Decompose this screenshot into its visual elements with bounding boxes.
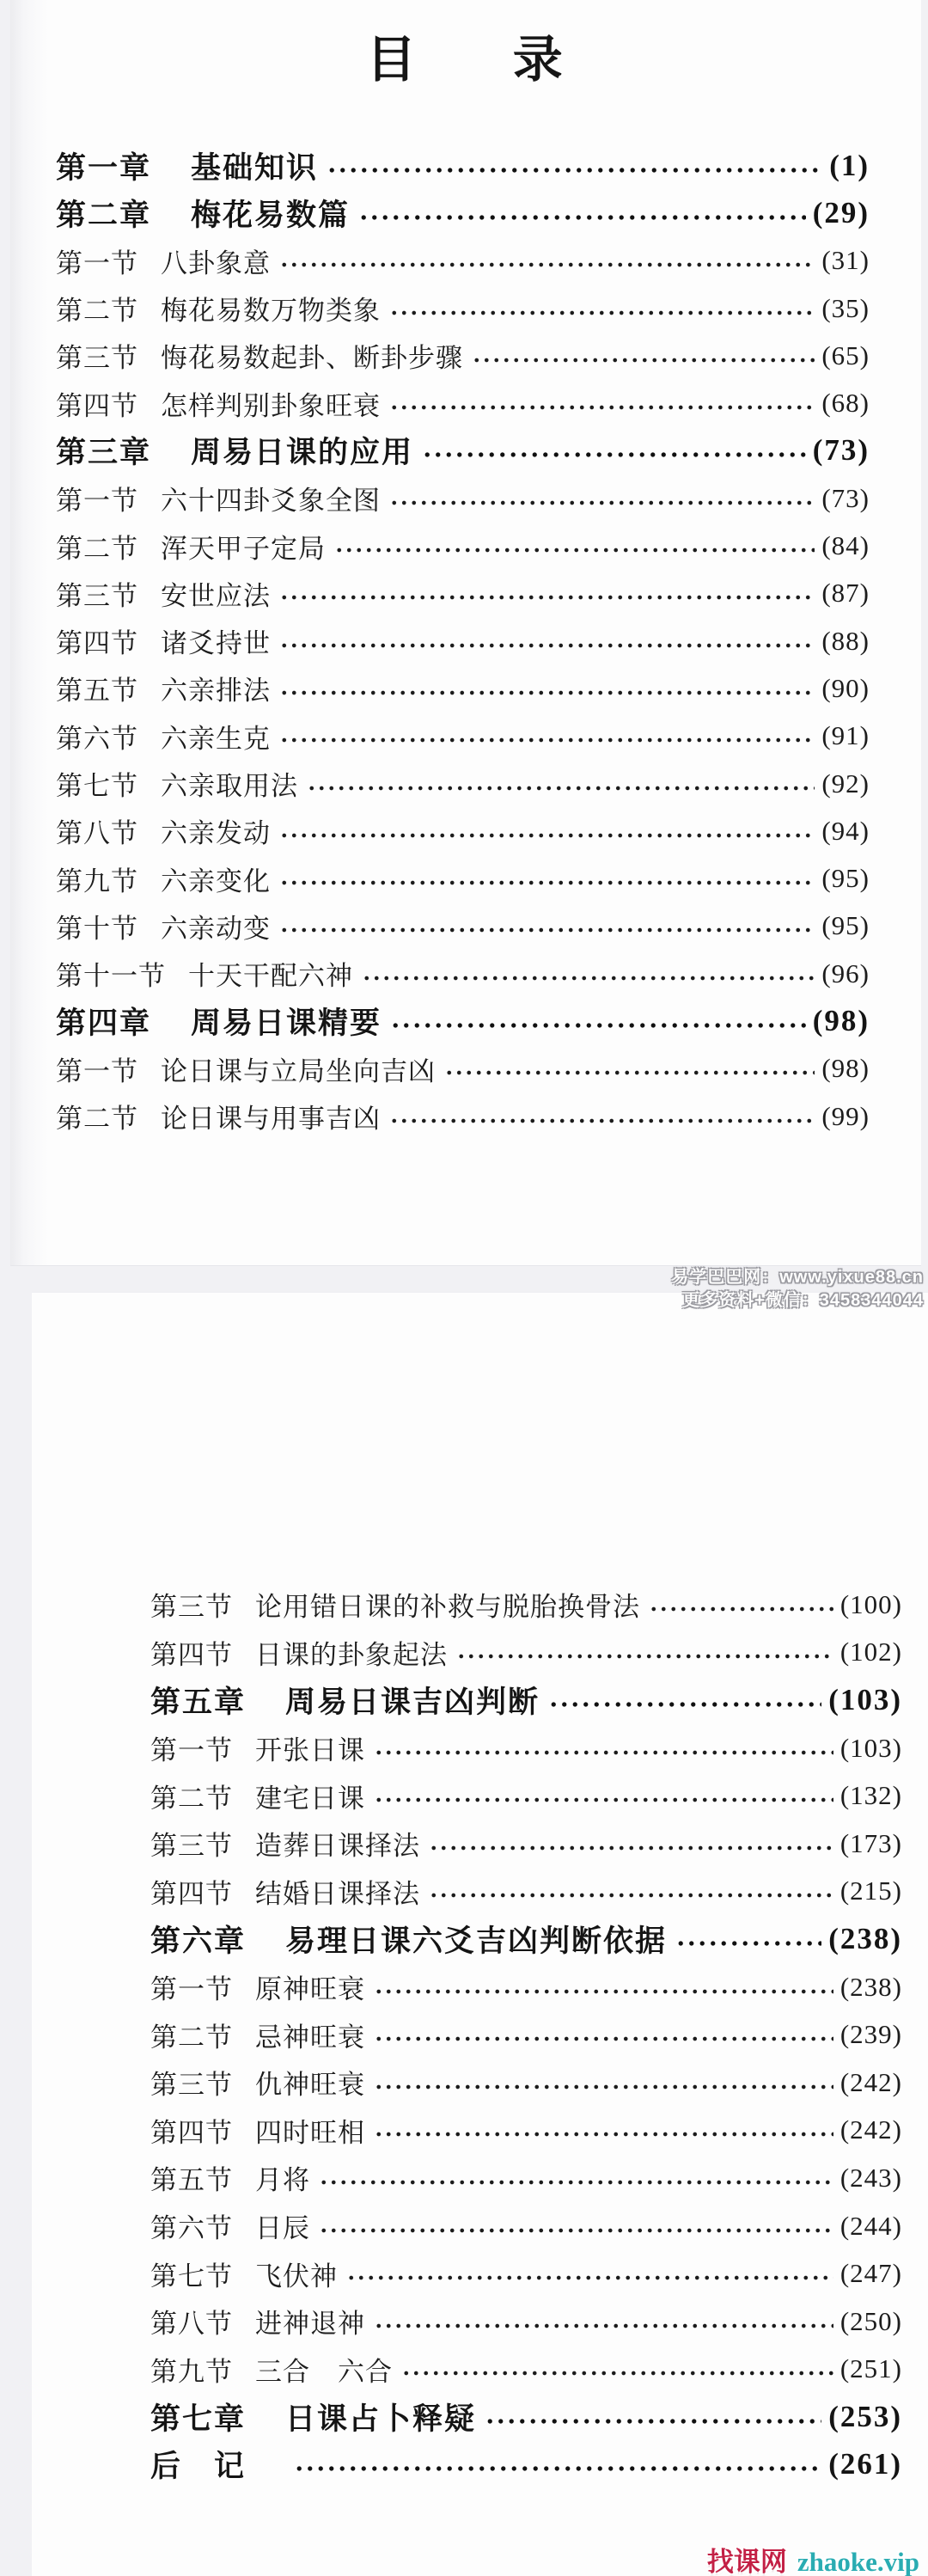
- toc-entry-page: (65): [821, 340, 870, 371]
- dot-leader: [279, 737, 815, 743]
- toc-entry-label: 第三节: [56, 574, 138, 613]
- scan-page-1: 目 录 第一章 基础知识 (1) 第二章 梅花易数篇 (29) 第一节 八卦象意…: [10, 0, 921, 1266]
- toc-entry-page: (102): [840, 1637, 902, 1667]
- toc-entry-label: 第六节: [56, 717, 138, 756]
- toc-entry-page: (215): [840, 1875, 902, 1906]
- toc-entry-label: 第三章: [56, 429, 151, 472]
- toc-entry: 第二节 建宅日课 (132): [150, 1771, 902, 1820]
- toc-entry-page: (103): [840, 1733, 902, 1764]
- dot-leader: [389, 1117, 815, 1124]
- dot-leader: [279, 261, 815, 268]
- dot-leader: [279, 594, 815, 601]
- toc-entry-page: (251): [840, 2353, 902, 2384]
- toc-entry: 第四节 日课的卦象起法 (102): [150, 1629, 902, 1677]
- toc-entry-label: 第五节: [56, 669, 138, 707]
- toc-entry-page: (98): [821, 1053, 870, 1084]
- toc-entry: 第六章 易理日课六爻吉凶判断依据 (238): [150, 1915, 902, 1963]
- toc-entry-page: (68): [821, 388, 870, 419]
- toc-entry-title: 周易日课吉凶判断: [285, 1679, 540, 1722]
- toc-entry-title: 怎样判别卦象旺衰: [161, 384, 381, 423]
- toc-entry: 第二节 梅花易数万物类象 (35): [56, 285, 870, 332]
- toc-entry-page: (103): [828, 1683, 902, 1717]
- toc-entry-label: 第一节: [150, 1967, 233, 2006]
- toc-entry-title: 六亲发动: [161, 811, 271, 850]
- toc-entry: 第三节 仇神旺衰 (242): [150, 2059, 902, 2107]
- toc-entry-title: 开张日课: [255, 1729, 365, 1767]
- toc-entry-title: 月将: [255, 2158, 310, 2197]
- dot-leader: [444, 1069, 815, 1076]
- dot-leader: [374, 2035, 833, 2042]
- toc-entry-title: 浑天甲子定局: [161, 527, 326, 566]
- watermark-zhaoke-url: zhaoke.vip: [797, 2547, 919, 2576]
- toc-entry-title: 论日课与立局坐向吉凶: [161, 1049, 436, 1088]
- toc-entry-label: 第三节: [150, 2063, 233, 2102]
- toc-entry-label: 第三节: [56, 336, 138, 375]
- toc-entry: 第九节 三合 六合 (251): [150, 2346, 902, 2394]
- dot-leader: [548, 1701, 821, 1708]
- dot-leader: [649, 1606, 833, 1612]
- dot-leader: [389, 404, 815, 411]
- toc-entry-page: (91): [821, 720, 870, 751]
- dot-leader: [374, 1988, 833, 1995]
- toc-list-page-2: 第三节 论用错日课的补救与脱胎换骨法 (100) 第四节 日课的卦象起法 (10…: [150, 1581, 902, 2488]
- toc-entry-label: 第三节: [150, 1585, 233, 1624]
- toc-entry-page: (98): [813, 1004, 870, 1038]
- toc-entry: 第三章 周易日课的应用 (73): [56, 427, 870, 474]
- toc-entry-label: 第五节: [150, 2158, 233, 2197]
- toc-entry-label: 第二章: [56, 192, 151, 235]
- toc-entry-label: 第四章: [56, 1000, 151, 1043]
- toc-entry-title: 易理日课六爻吉凶判断依据: [285, 1918, 667, 1961]
- toc-entry-page: (253): [828, 2400, 902, 2434]
- scanned-toc-document: 目 录 第一章 基础知识 (1) 第二章 梅花易数篇 (29) 第一节 八卦象意…: [0, 0, 928, 2576]
- toc-entry-page: (73): [813, 433, 870, 468]
- toc-entry-page: (96): [821, 958, 870, 989]
- toc-entry-title: 六亲动变: [161, 907, 271, 945]
- toc-entry: 第四节 四时旺相 (242): [150, 2107, 902, 2155]
- toc-entry-page: (261): [828, 2447, 902, 2481]
- toc-entry-label: 第一节: [56, 242, 138, 280]
- toc-entry: 第十节 六亲动变 (95): [56, 903, 870, 950]
- toc-entry: 第一节 论日课与立局坐向吉凶 (98): [56, 1045, 870, 1092]
- toc-entry-title: 结婚日课择法: [255, 1872, 420, 1911]
- toc-entry-page: (88): [821, 626, 870, 657]
- toc-entry-title: 六亲取用法: [161, 764, 298, 803]
- dot-leader: [675, 1940, 821, 1947]
- toc-entry: 第四章 周易日课精要 (98): [56, 997, 870, 1044]
- dot-leader: [374, 1796, 833, 1803]
- toc-entry-label: 第四节: [56, 621, 138, 660]
- toc-entry-title: 八卦象意: [161, 242, 271, 280]
- toc-entry: 第二节 浑天甲子定局 (84): [56, 522, 870, 569]
- toc-entry-label: 第十一节: [56, 954, 166, 993]
- dot-leader: [346, 2274, 833, 2281]
- toc-entry-page: (95): [821, 910, 870, 941]
- watermark-zhaoke-badge: 找课网: [707, 2540, 787, 2576]
- toc-entry-page: (242): [840, 2067, 902, 2098]
- toc-entry-title: 飞伏神: [255, 2255, 338, 2293]
- toc-entry-label: 第一节: [56, 1049, 138, 1088]
- toc-entry-title: 日辰: [255, 2206, 310, 2245]
- toc-entry-label: 第四节: [56, 384, 138, 423]
- dot-leader: [294, 2465, 821, 2472]
- toc-entry-title: 日课的卦象起法: [255, 1633, 448, 1672]
- toc-list-page-1: 第一章 基础知识 (1) 第二章 梅花易数篇 (29) 第一节 八卦象意 (31…: [56, 142, 870, 1140]
- toc-entry-title: 建宅日课: [255, 1777, 365, 1815]
- toc-entry: 第十一节 十天干配六神 (96): [56, 950, 870, 997]
- toc-entry-page: (173): [840, 1828, 902, 1859]
- dot-leader: [472, 357, 815, 364]
- toc-entry-label: 第四节: [150, 1872, 233, 1911]
- toc-entry: 后 记 (261): [150, 2441, 902, 2489]
- toc-entry-title: 基础知识: [191, 144, 318, 187]
- toc-entry: 第一节 六十四卦爻象全图 (73): [56, 474, 870, 522]
- toc-entry-title: 梅花易数篇: [191, 192, 350, 235]
- dot-leader: [358, 214, 806, 221]
- dot-leader: [334, 547, 815, 554]
- toc-entry-page: (92): [821, 768, 870, 799]
- toc-entry-page: (244): [840, 2211, 902, 2242]
- toc-entry: 第七节 六亲取用法 (92): [56, 760, 870, 807]
- dot-leader: [456, 1653, 833, 1660]
- toc-entry-title: 六亲排法: [161, 669, 271, 707]
- toc-entry: 第四节 怎样判别卦象旺衰 (68): [56, 379, 870, 426]
- toc-entry: 第四节 诸爻持世 (88): [56, 617, 870, 664]
- watermark-wechat-line: 更多资料+微信：3458344044: [682, 1286, 924, 1311]
- dot-leader: [429, 1845, 833, 1851]
- toc-entry-label: 第一节: [150, 1729, 233, 1767]
- toc-entry-title: 进神退神: [255, 2302, 365, 2340]
- toc-entry: 第二节 忌神旺衰 (239): [150, 2010, 902, 2059]
- toc-entry-page: (99): [821, 1101, 870, 1132]
- toc-entry: 第一章 基础知识 (1): [56, 142, 870, 189]
- toc-entry: 第六节 六亲生克 (91): [56, 713, 870, 760]
- dot-leader: [374, 2083, 833, 2090]
- toc-entry-title: 安世应法: [161, 574, 271, 613]
- toc-entry-title: 论用错日课的补救与脱胎换骨法: [255, 1585, 640, 1624]
- toc-entry-label: 第六节: [150, 2206, 233, 2245]
- dot-leader: [422, 451, 806, 458]
- toc-entry-page: (95): [821, 863, 870, 894]
- toc-entry-page: (73): [821, 483, 870, 514]
- toc-entry: 第一节 原神旺衰 (238): [150, 1963, 902, 2011]
- dot-leader: [389, 499, 815, 506]
- toc-entry-title: 四时旺相: [255, 2111, 365, 2150]
- toc-entry: 第九节 六亲变化 (95): [56, 854, 870, 902]
- dot-leader: [362, 975, 815, 982]
- toc-entry-label: 后 记: [150, 2443, 246, 2486]
- toc-entry: 第五节 六亲排法 (90): [56, 664, 870, 712]
- dot-leader: [319, 2179, 833, 2186]
- toc-entry-page: (35): [821, 293, 870, 324]
- toc-entry-page: (29): [813, 196, 870, 230]
- toc-entry-page: (90): [821, 673, 870, 704]
- toc-entry-page: (250): [840, 2306, 902, 2337]
- toc-entry-title: 梅花易数万物类象: [161, 289, 381, 327]
- toc-entry: 第六节 日辰 (244): [150, 2202, 902, 2250]
- toc-entry-page: (132): [840, 1780, 902, 1811]
- toc-entry: 第一节 开张日课 (103): [150, 1724, 902, 1772]
- toc-entry-label: 第二节: [56, 527, 138, 566]
- toc-entry-page: (247): [840, 2258, 902, 2289]
- toc-entry: 第八节 进神退神 (250): [150, 2298, 902, 2346]
- toc-entry-title: 周易日课精要: [191, 1000, 382, 1043]
- toc-entry-label: 第九节: [150, 2350, 233, 2389]
- dot-leader: [390, 1022, 806, 1029]
- toc-entry-title: 论日课与用事吉凶: [161, 1097, 381, 1135]
- toc-entry: 第二节 论日课与用事吉凶 (99): [56, 1092, 870, 1140]
- toc-entry-label: 第八节: [56, 811, 138, 850]
- toc-entry: 第八节 六亲发动 (94): [56, 807, 870, 854]
- toc-entry-label: 第十节: [56, 907, 138, 945]
- toc-entry-title: 原神旺衰: [255, 1967, 365, 2006]
- toc-entry: 第三节 安世应法 (87): [56, 570, 870, 617]
- dot-leader: [389, 309, 815, 316]
- dot-leader: [279, 927, 815, 933]
- toc-entry-label: 第二节: [150, 1777, 233, 1815]
- dot-leader: [279, 642, 815, 649]
- dot-leader: [401, 2370, 833, 2377]
- toc-entry: 第三节 论用错日课的补救与脱胎换骨法 (100): [150, 1581, 902, 1629]
- dot-leader: [374, 2322, 833, 2329]
- toc-entry: 第五章 周易日课吉凶判断 (103): [150, 1676, 902, 1724]
- toc-entry: 第二章 梅花易数篇 (29): [56, 189, 870, 236]
- toc-entry-title: 诸爻持世: [161, 621, 271, 660]
- dot-leader: [307, 785, 815, 792]
- toc-entry-title: 十天干配六神: [188, 954, 353, 993]
- toc-entry: 第七章 日课占卜释疑 (253): [150, 2393, 902, 2441]
- toc-entry-page: (84): [821, 530, 870, 561]
- toc-entry-label: 第五章: [150, 1679, 246, 1722]
- toc-entry-title: 三合 六合: [255, 2350, 393, 2389]
- toc-entry-page: (100): [840, 1589, 902, 1620]
- toc-entry-label: 第二节: [56, 1097, 138, 1135]
- toc-entry-page: (242): [840, 2114, 902, 2145]
- dot-leader: [279, 879, 815, 886]
- toc-entry-title: 造葬日课择法: [255, 1824, 420, 1863]
- watermark-site-line: 易学巴巴网：www.yixue88.cn: [671, 1263, 924, 1288]
- toc-entry: 第七节 飞伏神 (247): [150, 2249, 902, 2298]
- toc-entry-label: 第六章: [150, 1918, 246, 1961]
- dot-leader: [374, 2131, 833, 2138]
- toc-entry: 第三节 悔花易数起卦、断卦步骤 (65): [56, 332, 870, 379]
- toc-entry: 第三节 造葬日课择法 (173): [150, 1820, 902, 1868]
- toc-entry-title: 周易日课的应用: [191, 429, 413, 472]
- toc-entry-label: 第四节: [150, 2111, 233, 2150]
- scan-page-2: 第三节 论用错日课的补救与脱胎换骨法 (100) 第四节 日课的卦象起法 (10…: [32, 1292, 928, 2576]
- toc-entry-label: 第七节: [150, 2255, 233, 2293]
- toc-entry-page: (238): [840, 1972, 902, 2003]
- toc-entry-label: 第二节: [150, 2016, 233, 2054]
- toc-entry-page: (238): [828, 1922, 902, 1956]
- toc-entry-page: (243): [840, 2163, 902, 2194]
- toc-entry-label: 第四节: [150, 1633, 233, 1672]
- toc-entry-label: 第一节: [56, 479, 138, 517]
- dot-leader: [279, 832, 815, 839]
- toc-entry-title: 日课占卜释疑: [285, 2395, 476, 2438]
- toc-entry-page: (239): [840, 2019, 902, 2050]
- toc-entry: 第一节 八卦象意 (31): [56, 237, 870, 285]
- toc-entry-page: (1): [829, 149, 870, 183]
- dot-leader: [429, 1892, 833, 1899]
- toc-entry-title: 仇神旺衰: [255, 2063, 365, 2102]
- toc-entry-title: 悔花易数起卦、断卦步骤: [161, 336, 463, 375]
- toc-entry-title: 忌神旺衰: [255, 2016, 365, 2054]
- toc-entry-label: 第三节: [150, 1824, 233, 1863]
- dot-leader: [319, 2227, 833, 2234]
- toc-entry-page: (87): [821, 578, 870, 609]
- toc-entry-label: 第二节: [56, 289, 138, 327]
- dot-leader: [374, 1749, 833, 1756]
- toc-entry-label: 第七章: [150, 2395, 246, 2438]
- toc-entry: 第五节 月将 (243): [150, 2154, 902, 2202]
- toc-entry-title: 六亲变化: [161, 860, 271, 898]
- toc-entry-label: 第七节: [56, 764, 138, 803]
- toc-entry-title: 六十四卦爻象全图: [161, 479, 381, 517]
- dot-leader: [279, 689, 815, 696]
- toc-entry: 第四节 结婚日课择法 (215): [150, 1868, 902, 1916]
- watermark-bottom: 找课网 zhaoke.vip: [707, 2540, 919, 2576]
- toc-entry-label: 第八节: [150, 2302, 233, 2340]
- dot-leader: [327, 167, 822, 174]
- toc-entry-title: 六亲生克: [161, 717, 271, 756]
- toc-entry-page: (31): [821, 245, 870, 276]
- toc-entry-label: 第一章: [56, 144, 151, 187]
- toc-title: 目 录: [10, 19, 921, 91]
- dot-leader: [485, 2418, 821, 2425]
- toc-entry-label: 第九节: [56, 860, 138, 898]
- toc-entry-page: (94): [821, 816, 870, 847]
